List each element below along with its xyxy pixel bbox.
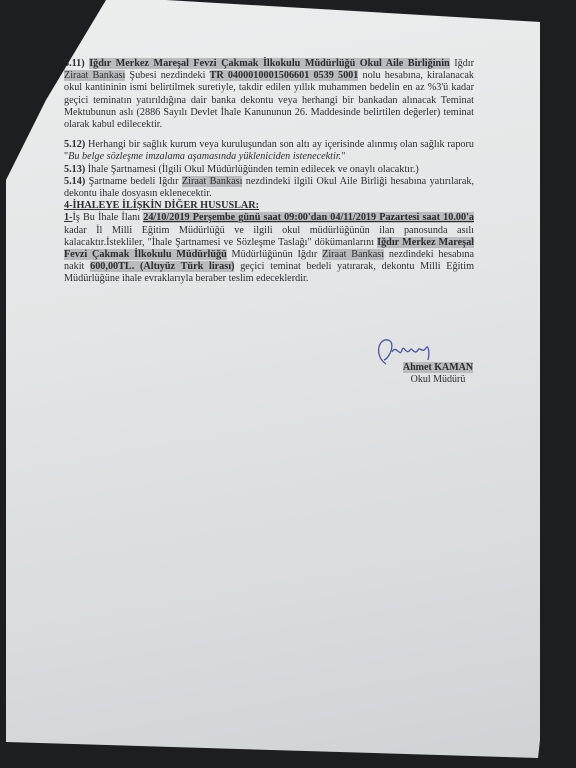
clause-label: 5.11) (64, 58, 85, 69)
clause-5-13: 5.13) İhale Şartnamesi (İlgili Okul Müdü… (64, 164, 474, 176)
clause-5-11: 5.11) Iğdır Merkez Mareşal Fevzi Çakmak … (64, 58, 474, 131)
text: İhale Şartnamesi (İlgili Okul Müdürlüğün… (85, 164, 419, 175)
highlighted-org: Iğdır Merkez Mareşal Fevzi Çakmak İlkoku… (89, 58, 450, 69)
highlighted-bank: Ziraat Bankası (182, 176, 243, 187)
section-4-item-1: 1-İş Bu İhale İlanı 24/10/2019 Perşembe … (64, 212, 474, 285)
signatory-name: Ahmet KAMAN (403, 362, 473, 373)
text: Iğdır (450, 58, 474, 69)
signature-block: Ahmet KAMAN Okul Müdürü (378, 340, 498, 386)
photo-background: 5.11) Iğdır Merkez Mareşal Fevzi Çakmak … (0, 0, 576, 768)
clause-label: 5.13) (64, 164, 85, 175)
section-heading: 4-İHALEYE İLİŞKİN DİĞER HUSUSLAR: (64, 200, 474, 212)
clause-label: 5.14) (64, 176, 85, 187)
item-label: 1- (64, 212, 73, 223)
highlighted-amount: 600,00TL. (Altıyüz Türk lirası) (90, 261, 234, 272)
clause-label: 5.12) (64, 139, 85, 150)
highlighted-dates: 24/10/2019 Perşembe günü saat 09:00'dan … (143, 212, 474, 223)
clause-5-14: 5.14) Şartname bedeli Iğdır Ziraat Banka… (64, 176, 474, 200)
document-body: 5.11) Iğdır Merkez Mareşal Fevzi Çakmak … (64, 58, 474, 286)
text: " (341, 151, 345, 162)
text: Müdürlüğünün Iğdır (227, 249, 322, 260)
text: Şartname bedeli Iğdır (85, 176, 182, 187)
signatory-title: Okul Müdürü (378, 374, 498, 386)
clause-5-12: 5.12) Herhangi bir sağlık kurum veya kur… (64, 139, 474, 163)
highlighted-bank: Ziraat Bankası (64, 70, 125, 81)
italic-note: Bu belge sözleşme imzalama aşamasında yü… (68, 151, 341, 162)
iban: TR 0400010001506601 0539 5001 (210, 70, 359, 81)
text: Şubesi nezdindeki (125, 70, 209, 81)
text: İş Bu İhale İlanı (73, 212, 144, 223)
highlighted-bank: Ziraat Bankası (322, 249, 384, 260)
